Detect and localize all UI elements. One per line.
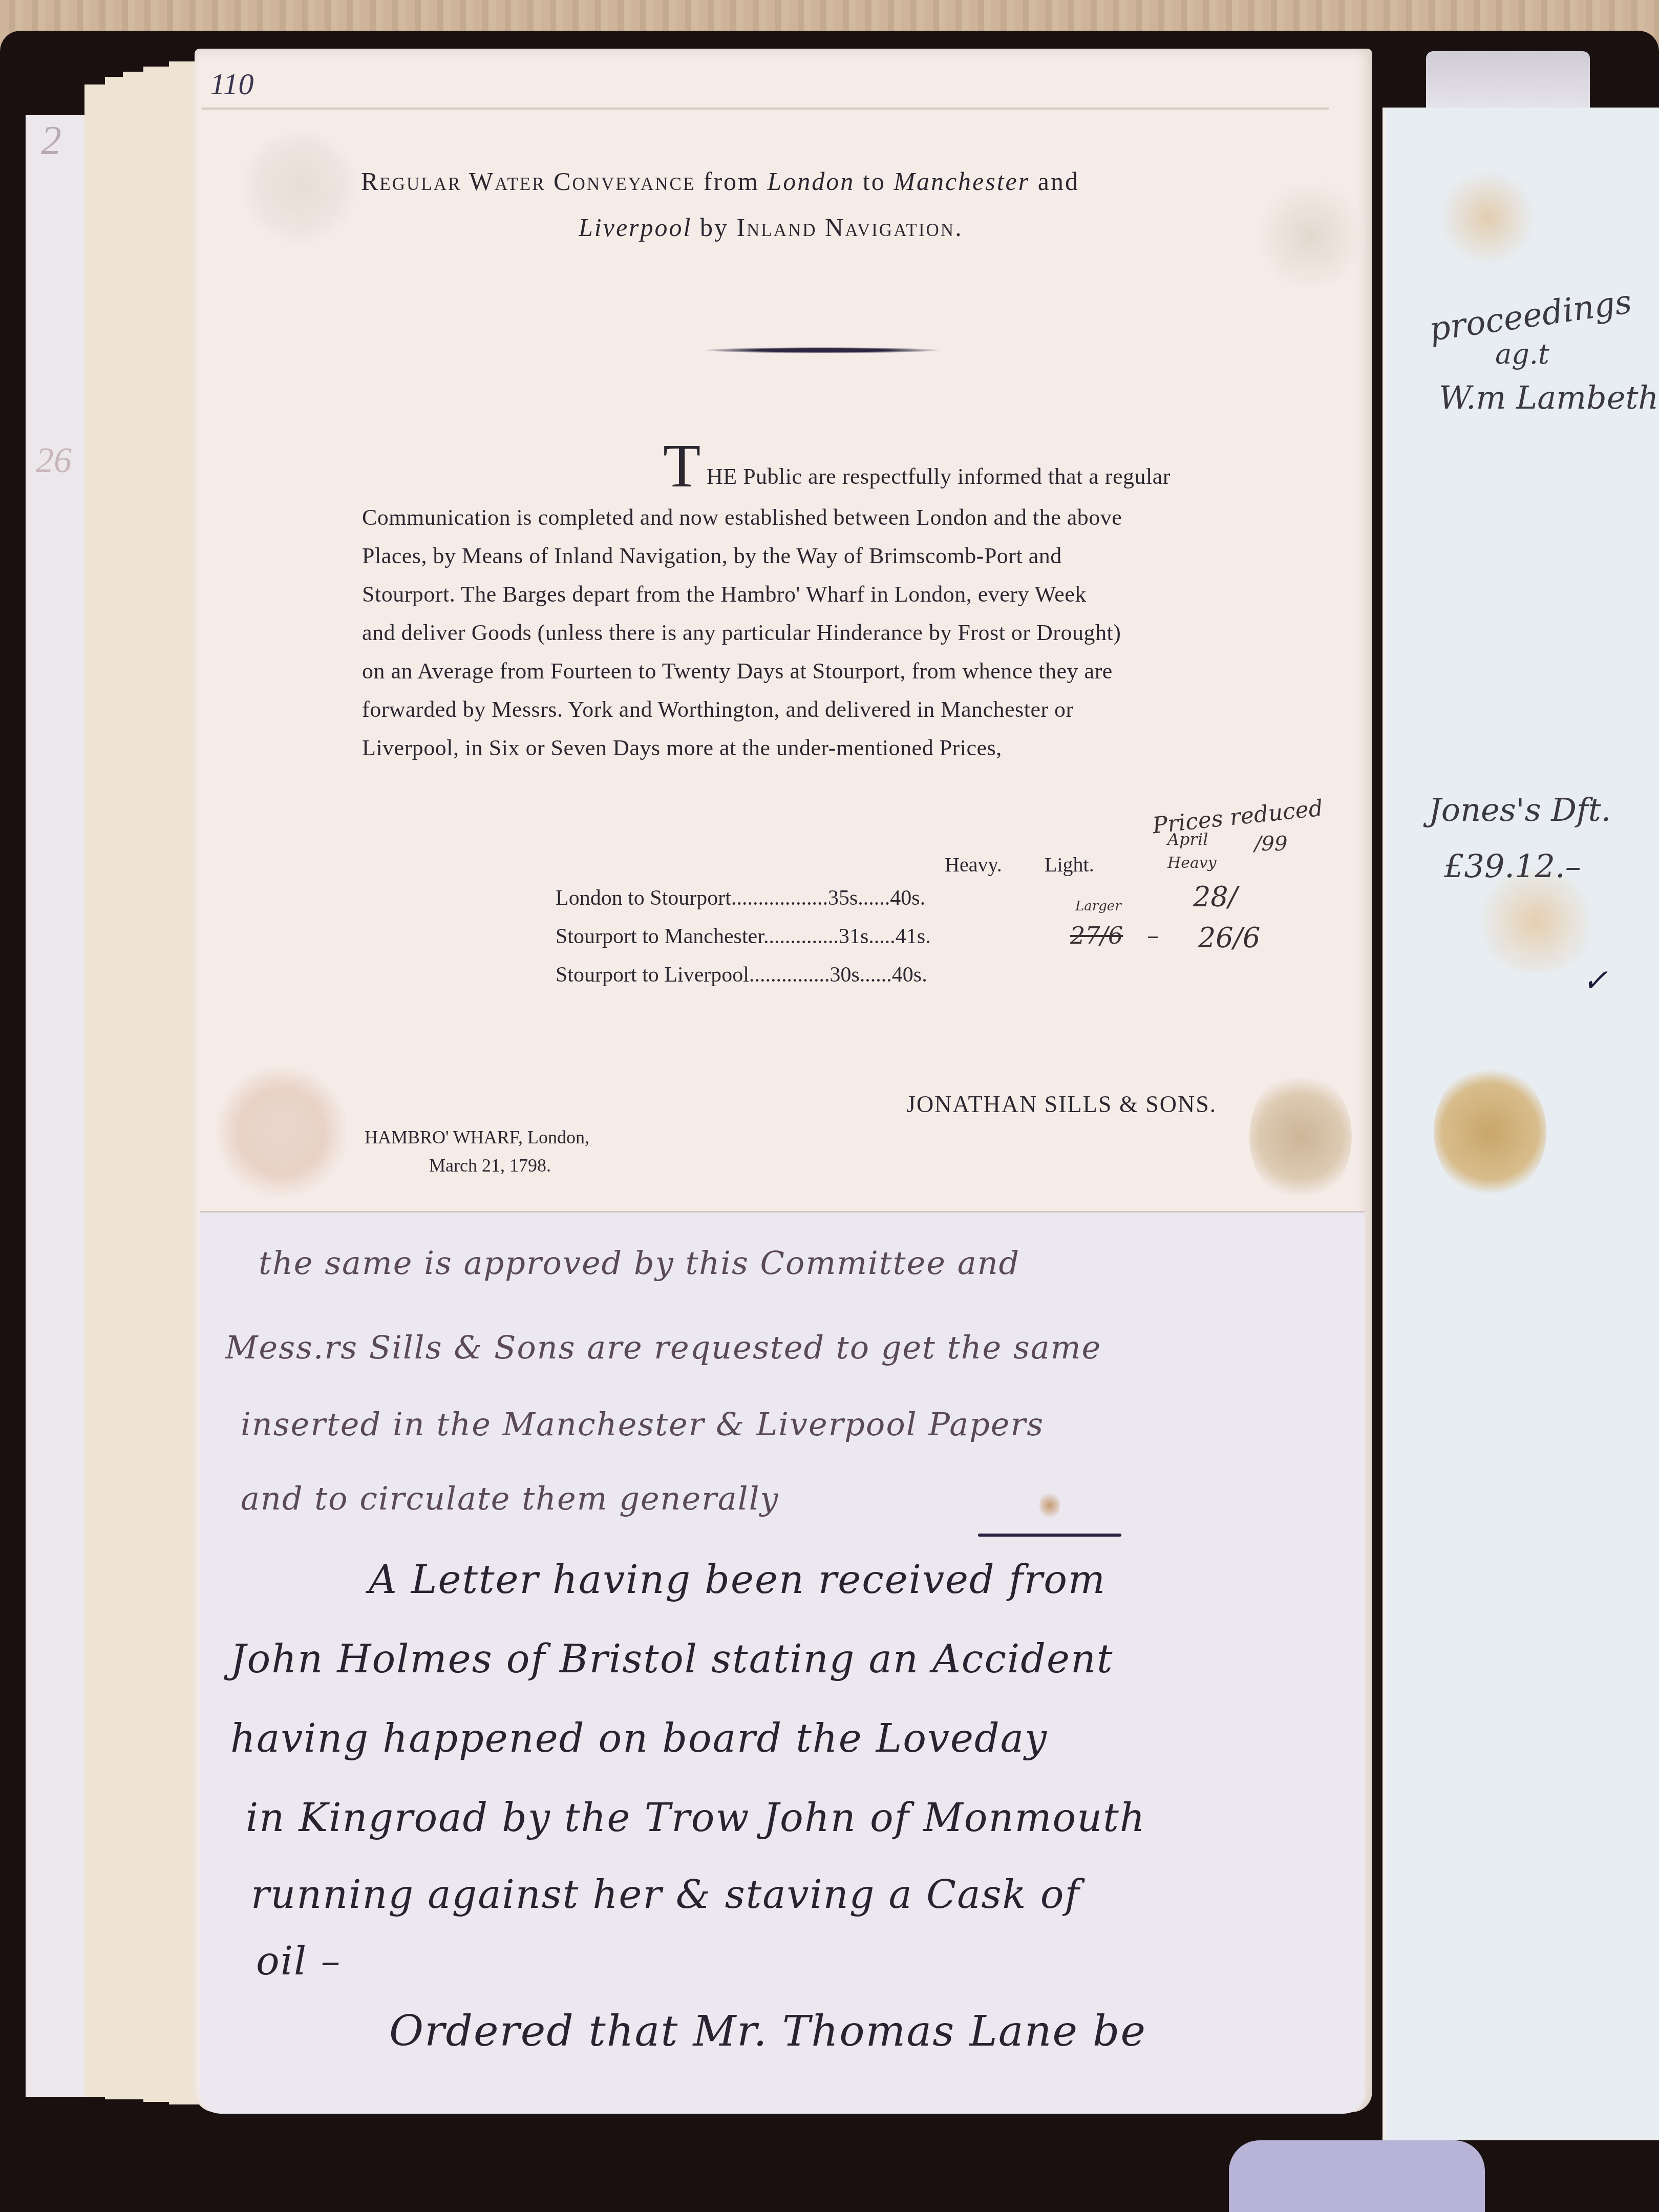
wafer-stain — [241, 128, 358, 246]
minutes-line-8: in Kingroad by the Trow John of Monmouth — [246, 1795, 1146, 1840]
signature-jonathan-sills: JONATHAN SILLS & SONS. — [906, 1091, 1217, 1118]
notice-title-line-1: Regular Water Conveyance from London to … — [361, 166, 1079, 196]
place-hambro-wharf: HAMBRO' WHARF, London, — [365, 1126, 589, 1148]
stain — [1439, 169, 1536, 266]
body-line-6: on an Average from Fourteen to Twenty Da… — [362, 658, 1113, 684]
title-manchester: Manchester — [894, 167, 1030, 196]
title-inland-navigation: Inland Navigation. — [736, 213, 963, 242]
minutes-line-4: and to circulate them generally — [241, 1480, 779, 1517]
heavy-rate: 35s. — [828, 886, 863, 910]
minutes-line-7: having happened on board the Loveday — [230, 1715, 1048, 1761]
body-line-5: and deliver Goods (unless there is any p… — [362, 620, 1121, 646]
minutes-line-2: Mess.rs Sills & Sons are requested to ge… — [225, 1329, 1101, 1366]
cloth-background — [1229, 2140, 1485, 2212]
light-rate: 40s. — [890, 886, 925, 910]
annotation-london-new-rate: 28/ — [1193, 881, 1238, 913]
rates-row-stourport-manchester: Stourport to Manchester..............31s… — [556, 924, 931, 949]
seal-stain — [1434, 1065, 1546, 1198]
minutes-line-1: the same is approved by this Committee a… — [259, 1244, 1020, 1282]
ghost-number: 2 — [41, 118, 61, 164]
left-leaf — [26, 115, 87, 2097]
margin-note-jones: Jones's Dft. — [1429, 791, 1611, 828]
minutes-line-9: running against her & staving a Cask of — [251, 1871, 1080, 1917]
dot-leader: ............... — [749, 963, 830, 987]
route-name: Stourport to Liverpool — [556, 963, 749, 987]
rates-row-london-stourport: London to Stourport..................35s… — [556, 886, 925, 910]
body-line-3: Places, by Means of Inland Navigation, b… — [362, 543, 1062, 569]
dot-leader: ..... — [865, 963, 892, 987]
ink-spot — [1039, 1490, 1060, 1521]
route-name: Stourport to Manchester — [556, 925, 763, 948]
notice-title-line-2: Liverpool by Inland Navigation. — [579, 212, 963, 242]
ghost-number-2: 26 — [36, 440, 72, 481]
body-line-1: HE Public are respectfully informed that… — [707, 463, 1171, 490]
margin-note-lambeth: W.m Lambeth — [1439, 379, 1658, 416]
rates-row-stourport-liverpool: Stourport to Liverpool...............30s… — [556, 963, 927, 987]
margin-note-against: ag.t — [1495, 338, 1549, 370]
title-by: by — [692, 213, 736, 242]
wafer-stain — [1260, 174, 1362, 297]
title-to: to — [855, 167, 894, 196]
body-line-4: Stourport. The Barges depart from the Ha… — [362, 581, 1087, 607]
annotation-manchester-new-rate: 26/6 — [1198, 922, 1260, 954]
dot-leader: .... — [874, 925, 896, 948]
title-and: and — [1030, 167, 1079, 196]
ornamental-rule — [704, 347, 940, 353]
minutes-line-11: Ordered that Mr. Thomas Lane be — [389, 2007, 1146, 2056]
minutes-line-6: John Holmes of Bristol stating an Accide… — [230, 1636, 1113, 1682]
annotation-heavy: Heavy — [1167, 854, 1217, 872]
minutes-line-3: inserted in the Manchester & Liverpool P… — [241, 1406, 1044, 1443]
dot-leader: .................. — [731, 886, 828, 910]
margin-note-amount: £39.12.– — [1444, 847, 1581, 885]
minutes-line-10: oil – — [256, 1938, 342, 1984]
annotation-dash: – — [1147, 922, 1159, 949]
minutes-line-5: A Letter having been received from — [369, 1557, 1106, 1602]
light-rate: 41s. — [896, 925, 931, 948]
heavy-rate: 31s. — [839, 925, 874, 948]
wafer-stain — [215, 1065, 348, 1198]
annotation-april: April — [1167, 829, 1208, 849]
folio-number: 110 — [210, 67, 254, 102]
annotation-larger: Larger — [1075, 899, 1121, 914]
body-line-7: forwarded by Messrs. York and Worthingto… — [362, 696, 1074, 722]
dot-leader: .............. — [763, 925, 839, 948]
annotation-struck-value: 27/6 — [1070, 922, 1123, 949]
rates-header-light: Light. — [1045, 853, 1094, 877]
body-line-8: Liverpool, in Six or Seven Days more at … — [362, 735, 1002, 761]
title-regular-water-conveyance: Regular Water Conveyance — [361, 167, 695, 196]
title-liverpool: Liverpool — [579, 213, 692, 242]
tick-mark-icon: ✓ — [1582, 963, 1608, 998]
title-london: London — [768, 167, 855, 196]
stain — [1470, 870, 1603, 973]
rates-header-heavy: Heavy. — [945, 853, 1002, 877]
light-rate: 40s. — [892, 963, 927, 987]
title-from: from — [695, 167, 767, 196]
notice-date: March 21, 1798. — [429, 1155, 551, 1176]
seal-stain — [1249, 1070, 1352, 1203]
route-name: London to Stourport — [556, 886, 731, 910]
drop-cap: T — [663, 435, 700, 497]
page-top-rule — [202, 108, 1329, 110]
line-end-stroke — [978, 1534, 1121, 1537]
dot-leader: ..... — [863, 886, 890, 910]
annotation-year: /99 — [1254, 832, 1287, 856]
heavy-rate: 30s. — [829, 963, 865, 987]
body-line-2: Communication is completed and now estab… — [362, 504, 1122, 530]
